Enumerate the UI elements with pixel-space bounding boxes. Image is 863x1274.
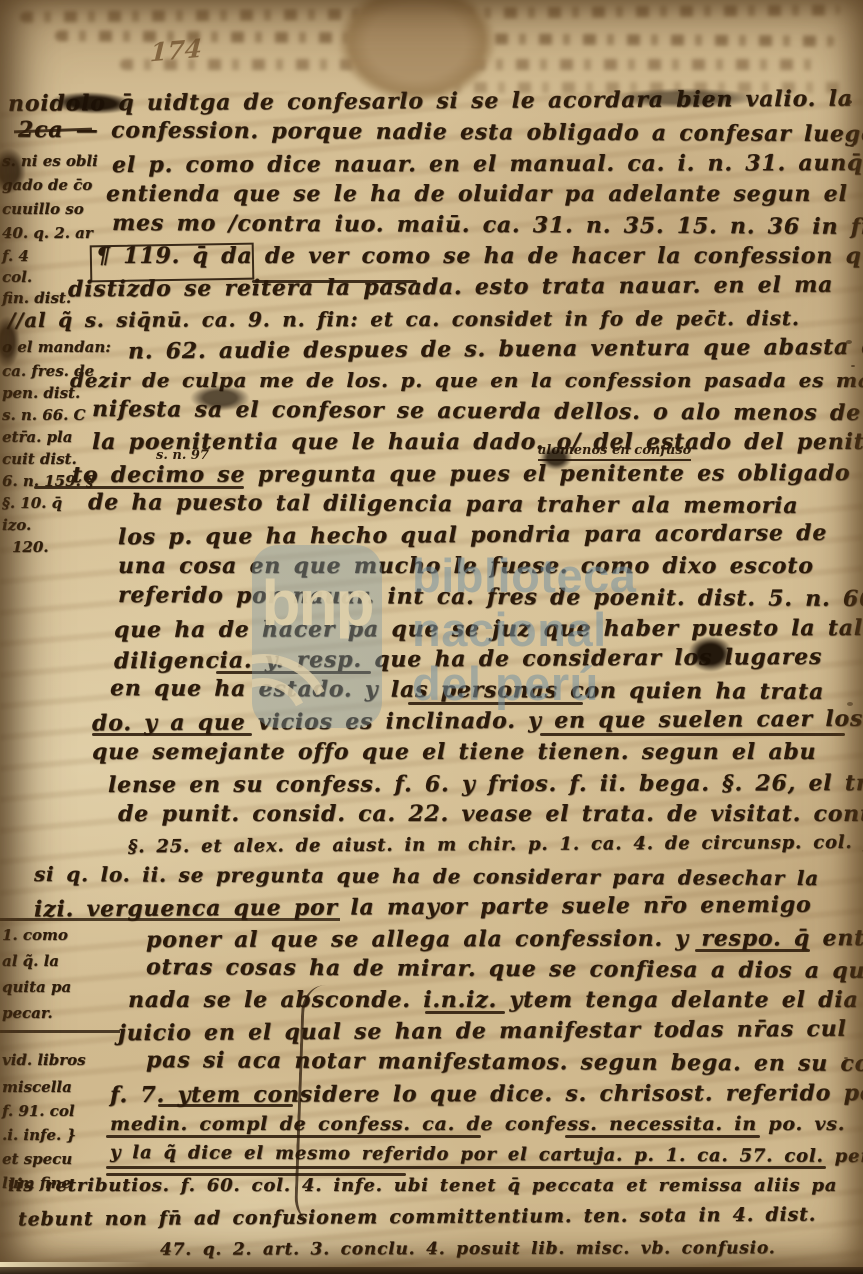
manuscript-line: que semejante offo que el tiene tienen. … (92, 737, 816, 767)
margin-note: s. n. 66. C (2, 406, 86, 424)
margin-rule (0, 918, 340, 921)
margin-note: f. 4 (2, 247, 29, 265)
margin-note: pen. dist. (2, 384, 80, 402)
manuscript-line: tebunt non fn̄ ad confusionem committent… (18, 1200, 816, 1235)
margin-note: 1. como (2, 926, 68, 944)
margin-note: 120. (12, 538, 49, 556)
manuscript-line: referido por nauar. int ca. fres de poen… (118, 580, 863, 614)
manuscript-line: si q. lo. ii. se pregunta que ha de cons… (34, 859, 819, 893)
ink-underline (252, 280, 417, 283)
ink-underline (695, 949, 810, 952)
manuscript-line: de ha puesto tal diligencia para traher … (88, 487, 798, 521)
folio-number: 174 (149, 34, 203, 68)
manuscript-line: lis retributios. f. 60. col. 4. infe. ub… (8, 1171, 837, 1201)
ink-underline (408, 702, 583, 705)
manuscript-line: entienda que se le ha de oluidar pa adel… (106, 179, 848, 209)
manuscript-line: n. 62. audie despues de s. buena ventura… (128, 332, 863, 367)
ink-underline (216, 671, 371, 674)
manuscript-line: los p. que ha hecho qual pondria para ac… (118, 518, 827, 552)
ink-underline (106, 1173, 406, 1176)
margin-note: ca. fres. de (2, 362, 94, 380)
margin-note: §. 10. q̄ (2, 494, 62, 512)
manuscript-line: 47. q. 2. art. 3. conclu. 4. posuit lib.… (160, 1233, 776, 1265)
margin-note: et specu (2, 1150, 72, 1168)
manuscript-line: juicio en el qual se han de manifestar t… (118, 1014, 847, 1048)
ink-underline (425, 1011, 505, 1014)
margin-note: vid. libros (2, 1051, 86, 1069)
margin-note: col. (2, 268, 32, 286)
manuscript-line: de punit. consid. ca. 22. vease el trata… (118, 799, 863, 829)
margin-note: .i. infe. } (2, 1126, 76, 1144)
margin-note: lum fine (2, 1174, 71, 1192)
page-bottom-edge (0, 1267, 863, 1274)
margin-note: cuuillo so (2, 200, 84, 218)
margin-note: izo. (2, 516, 31, 534)
ink-underline (158, 1104, 293, 1107)
ink-underline (540, 733, 845, 736)
ink-underline (106, 1135, 481, 1138)
manuscript-line: mes mo /contra iuo. maiū. ca. 31. n. 35.… (112, 208, 863, 242)
margin-note: cuit dist. (2, 450, 77, 468)
manuscript-line: 2ca — confession. porque nadie esta obli… (18, 115, 863, 149)
manuscript-line: que ha de hacer pa que se juz que haber … (114, 613, 863, 645)
manuscript-line: pas si aca notar manifestamos. segun beg… (146, 1045, 863, 1079)
margin-note: fin. dist. (2, 289, 71, 307)
manuscript-line: otras cosas ha de mirar. que se confiesa… (146, 952, 863, 986)
manuscript-line: lense en su confess. f. 6. y frios. f. i… (108, 768, 863, 800)
margin-note: al q̃. la (2, 952, 59, 970)
ink-flourish (294, 984, 341, 1220)
manuscript-line: §. 25. et alex. de aiust. in m chir. p. … (128, 828, 863, 863)
margin-note: f. 91. col (2, 1102, 75, 1120)
manuscript-line: dezir de culpa me de los. p. que en la c… (70, 365, 863, 395)
margin-note: miscella (2, 1078, 72, 1096)
ink-underline (565, 1135, 760, 1138)
ink-underline (92, 733, 252, 736)
ink-box (90, 243, 255, 283)
margin-rule (0, 1030, 120, 1033)
interline-note: s. n. 97 (156, 448, 209, 463)
margin-note: pecar. (2, 1004, 53, 1022)
manuscript-line: //al q̃ s. siq̄nū. ca. 9. n. fin: et ca.… (8, 303, 800, 335)
ink-underline (34, 486, 244, 489)
ink-underline (106, 1166, 826, 1169)
manuscript-page: 174 noidolo q̄ uidtga de confesarlo si s… (0, 0, 863, 1274)
margin-note: quita pa (2, 978, 71, 996)
margin-note: etr̄a. pla (2, 428, 72, 446)
ink-specks (846, 100, 852, 104)
margin-note: 40. q. 2. ar (2, 224, 93, 242)
manuscript-line: el p. como dice nauar. en el manual. ca.… (112, 148, 863, 180)
manuscript-line: una cosa en que mucho le fuese. como dix… (118, 551, 814, 581)
